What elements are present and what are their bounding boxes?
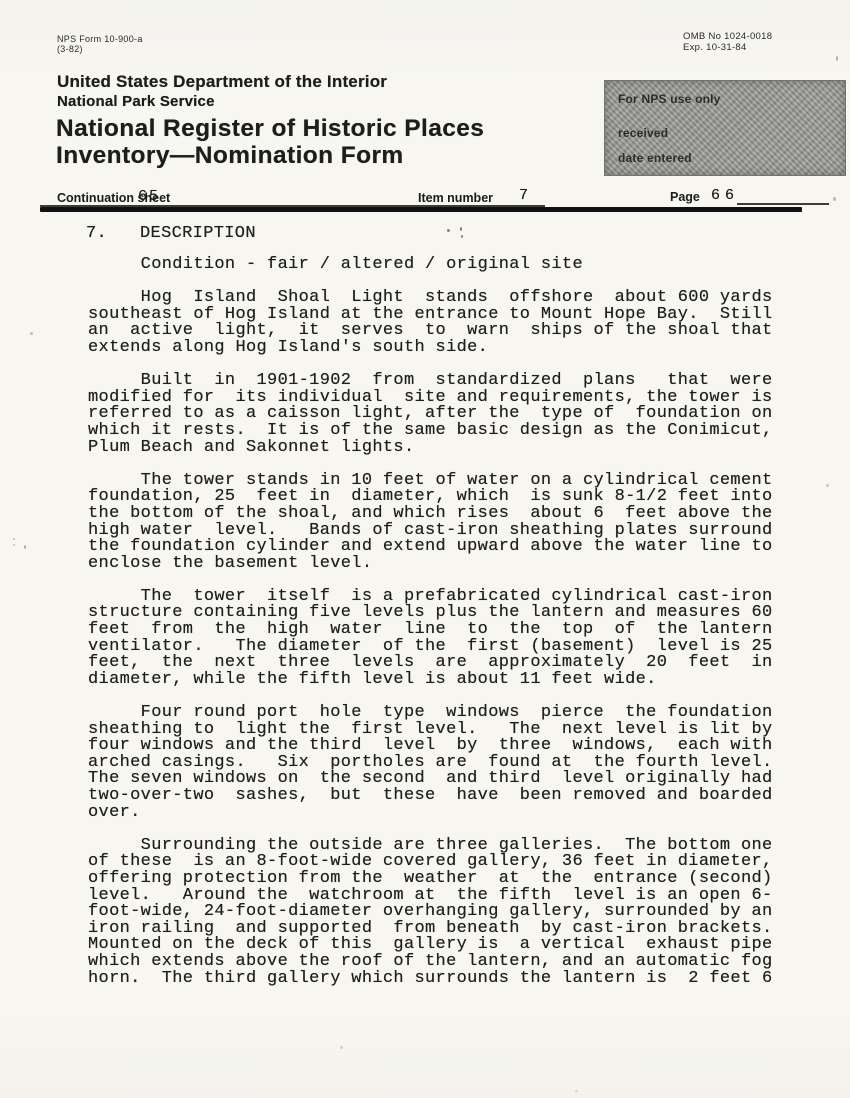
scan-speck: [575, 1090, 578, 1092]
section-title: DESCRIPTION: [140, 224, 256, 243]
scan-speck: [91, 119, 93, 121]
continuation-sheet-value: 65: [138, 188, 160, 205]
scan-speck: [833, 197, 836, 201]
form-number-block: NPS Form 10-900-a (3-82): [57, 34, 143, 54]
page-number-value: 66: [711, 187, 739, 204]
scan-speck: [340, 1046, 343, 1049]
scan-speck: [13, 538, 15, 540]
nps-box-received-field: received: [618, 126, 845, 140]
omb-expiration: Exp. 10-31-84: [683, 42, 772, 53]
scan-speck: [826, 484, 829, 487]
form-title-line2: Inventory—Nomination Form: [56, 143, 484, 170]
omb-number: OMB No 1024-0018: [683, 31, 772, 42]
scan-speck: [30, 332, 33, 335]
heavy-divider-rule: [40, 207, 802, 212]
section-heading: 7.DESCRIPTION: [86, 224, 256, 243]
department-title: United States Department of the Interior: [57, 72, 387, 92]
scan-speck: [447, 229, 450, 232]
section-number: 7.: [86, 224, 140, 243]
form-revision: (3-82): [57, 44, 143, 54]
service-title: National Park Service: [57, 93, 215, 110]
form-number: NPS Form 10-900-a: [57, 34, 143, 44]
page-label: Page: [670, 190, 700, 204]
scan-speck: [24, 545, 26, 549]
nps-use-only-box: For NPS use only received date entered: [604, 80, 846, 176]
scanned-form-page: NPS Form 10-900-a (3-82) OMB No 1024-001…: [0, 0, 850, 1098]
scan-speck: [836, 56, 838, 61]
scan-speck: [460, 227, 462, 231]
nps-box-date-entered-field: date entered: [618, 151, 845, 165]
scan-speck: [461, 235, 463, 238]
scan-speck: [13, 544, 15, 546]
item-number-value: 7: [519, 187, 528, 204]
typewritten-body-text: Condition - fair / altered / original si…: [88, 257, 773, 987]
omb-block: OMB No 1024-0018 Exp. 10-31-84: [683, 31, 772, 53]
form-title: National Register of Historic Places Inv…: [56, 116, 484, 169]
thin-rule-right: [737, 203, 829, 205]
nps-box-label: For NPS use only: [618, 92, 845, 106]
item-number-label: Item number: [418, 191, 493, 205]
form-title-line1: National Register of Historic Places: [56, 116, 484, 143]
